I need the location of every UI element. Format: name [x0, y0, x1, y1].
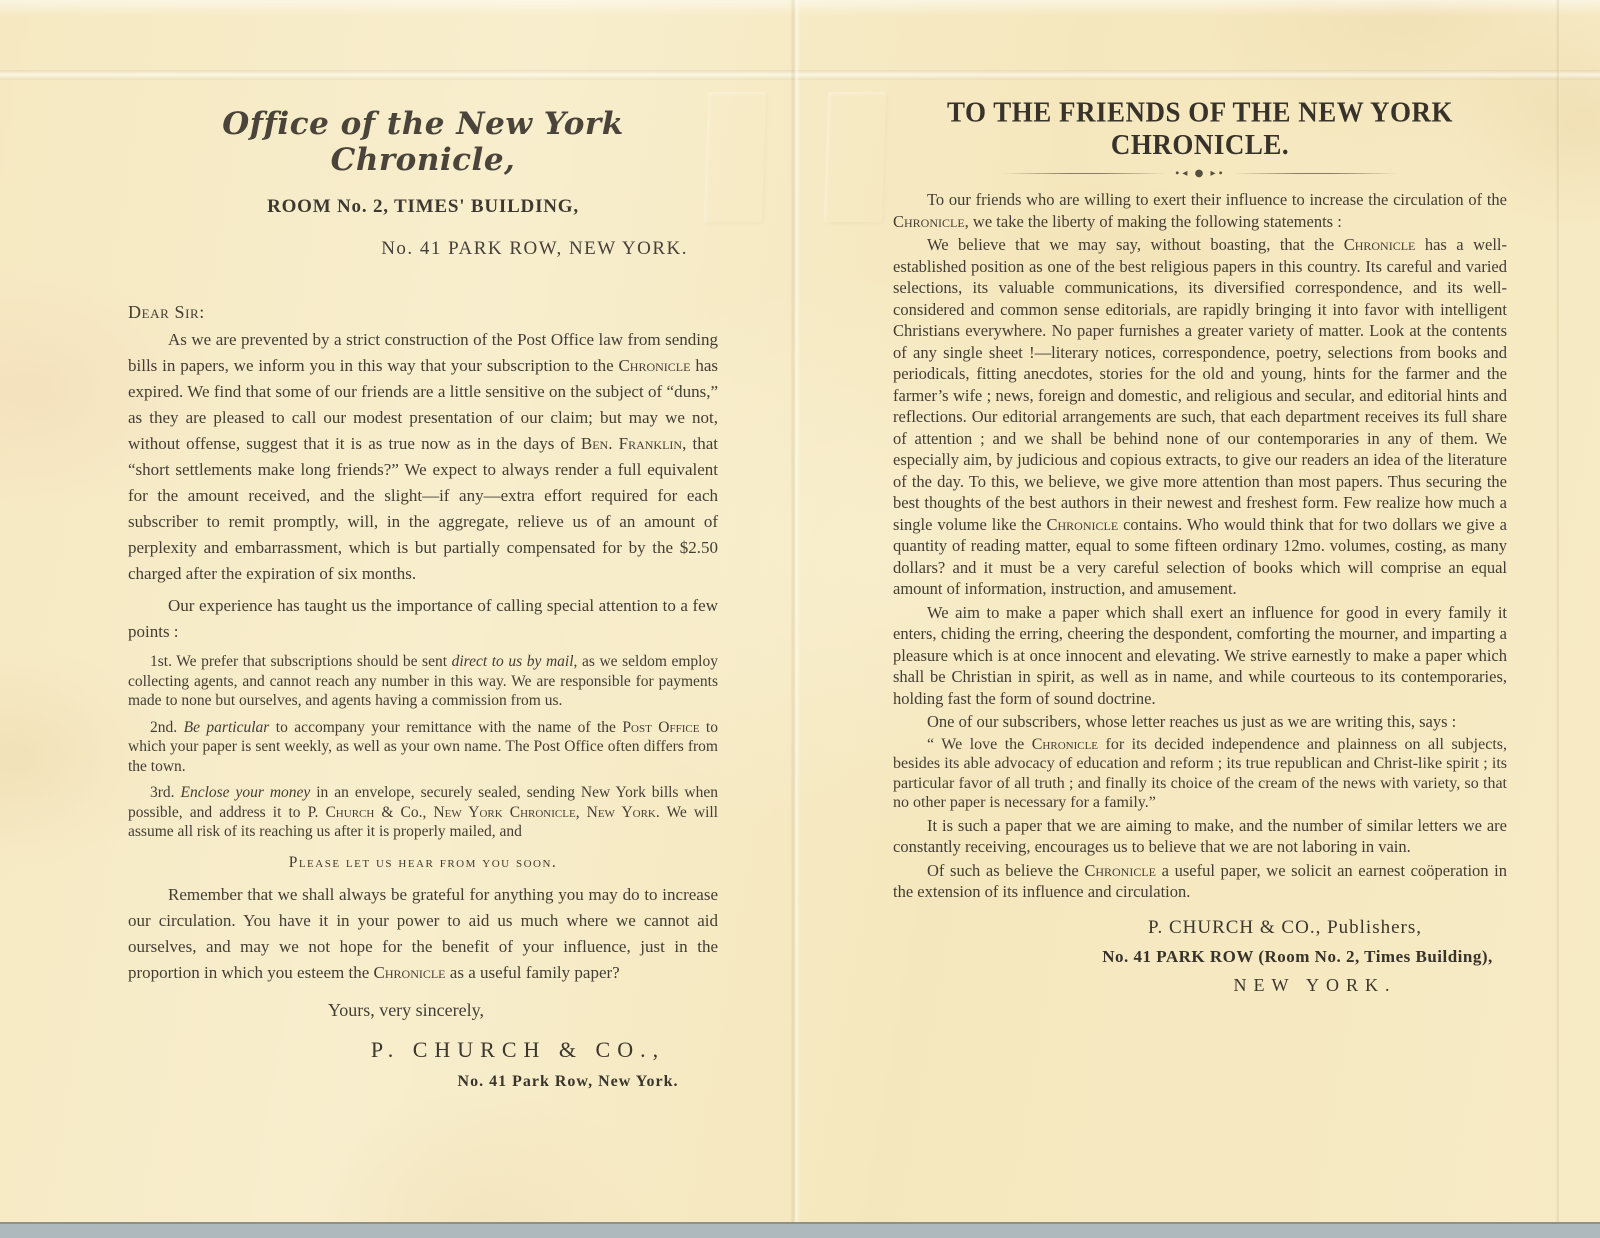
text-run: It is such a paper that we are aiming to…: [893, 816, 1507, 857]
valediction: Yours, very sincerely,: [328, 1000, 718, 1021]
text-run: New York Chronicle, New York: [433, 804, 655, 821]
text-run: Church: [325, 804, 374, 821]
subscriber-quote: “ We love the Chronicle for its decided …: [893, 735, 1507, 813]
text-run: Post Office: [622, 719, 699, 736]
company-signature: P. CHURCH & CO.,: [128, 1037, 718, 1063]
text-run: 3rd.: [150, 784, 180, 801]
text-run: has a well-established position as one o…: [893, 235, 1507, 534]
right-edge-crease: [1556, 0, 1560, 1222]
appeal-paragraph-subscriber-lead: One of our subscribers, whose letter rea…: [893, 711, 1507, 733]
office-address-line-2: No. 41 PARK ROW, NEW YORK.: [128, 238, 718, 260]
text-run: to accompany your remittance with the na…: [269, 719, 622, 736]
text-run: Chronicle: [1047, 515, 1119, 534]
text-run: Chronicle: [374, 963, 446, 982]
text-run: Chronicle: [1344, 235, 1416, 254]
text-run: , we take the liberty of making the foll…: [965, 212, 1342, 231]
divider-rule-right: [1233, 173, 1398, 174]
publisher-city: NEW YORK.: [893, 975, 1507, 996]
letter-paragraph-intro: As we are prevented by a strict construc…: [128, 327, 718, 587]
appeal-line: Please let us hear from you soon.: [128, 854, 718, 872]
numbered-point-1: 1st. We prefer that subscriptions should…: [128, 652, 718, 711]
text-run: 1st. We prefer that subscriptions should…: [150, 653, 452, 670]
salutation: Dear Sir:: [128, 302, 718, 323]
text-run: Ben. Franklin: [581, 434, 682, 453]
text-run: We believe that we may say, without boas…: [927, 235, 1344, 254]
appeal-paragraph-opening: To our friends who are willing to exert …: [893, 189, 1507, 232]
text-run: One of our subscribers, whose letter rea…: [927, 712, 1456, 731]
numbered-point-3: 3rd. Enclose your money in an envelope, …: [128, 783, 718, 842]
text-run: Enclose your money: [180, 784, 310, 801]
text-run: , that “short settlements make long frie…: [128, 434, 718, 583]
text-run: as a useful family paper?: [446, 963, 620, 982]
text-run: Chronicle: [1084, 861, 1156, 880]
divider-glyphs: ∙◂ ● ▸∙: [1174, 168, 1226, 179]
divider-rule-left: [1002, 173, 1167, 174]
text-run: & Co.,: [374, 804, 433, 821]
text-run: Of such as believe the: [927, 861, 1084, 880]
vertical-fold-line: [790, 0, 800, 1222]
office-masthead: Office of the New York Chronicle,: [128, 106, 718, 178]
text-run: Our experience has taught us the importa…: [128, 596, 718, 641]
numbered-point-2: 2nd. Be particular to accompany your rem…: [128, 718, 718, 777]
text-run: Chronicle: [1032, 736, 1098, 753]
appeal-paragraph-such-paper: It is such a paper that we are aiming to…: [893, 815, 1507, 858]
appeal-paragraph-position: We believe that we may say, without boas…: [893, 234, 1507, 600]
text-run: We aim to make a paper which shall exert…: [893, 603, 1507, 708]
publisher-signature: P. CHURCH & CO., Publishers,: [893, 917, 1507, 939]
appeal-paragraph-aim: We aim to make a paper which shall exert…: [893, 602, 1507, 710]
paper-sheet: Office of the New York Chronicle, ROOM N…: [0, 0, 1600, 1224]
left-page: Office of the New York Chronicle, ROOM N…: [128, 106, 718, 1091]
publisher-address: No. 41 PARK ROW (Room No. 2, Times Build…: [893, 947, 1507, 967]
company-signature-address: No. 41 Park Row, New York.: [128, 1073, 718, 1091]
text-run: Chronicle: [893, 212, 965, 231]
letter-paragraph-remember: Remember that we shall always be gratefu…: [128, 882, 718, 986]
text-run: Chronicle: [618, 356, 690, 375]
text-run: 2nd.: [150, 719, 184, 736]
page-title: TO THE FRIENDS OF THE NEW YORK CHRONICLE…: [893, 97, 1507, 161]
appeal-paragraph-solicit: Of such as believe the Chronicle a usefu…: [893, 860, 1507, 903]
text-run: “ We love the: [927, 736, 1032, 753]
text-run: Be particular: [184, 719, 270, 736]
divider-ornament: ∙◂ ● ▸∙: [980, 168, 1420, 179]
horizontal-fold-crease: [0, 70, 1600, 80]
embossed-watermark: [824, 92, 887, 222]
text-run: To our friends who are willing to exert …: [927, 190, 1507, 209]
text-run: direct to us by mail: [452, 653, 574, 670]
letter-paragraph-points-lead: Our experience has taught us the importa…: [128, 593, 718, 645]
right-page: TO THE FRIENDS OF THE NEW YORK CHRONICLE…: [893, 98, 1507, 996]
office-address-line-1: ROOM No. 2, TIMES' BUILDING,: [128, 196, 718, 218]
